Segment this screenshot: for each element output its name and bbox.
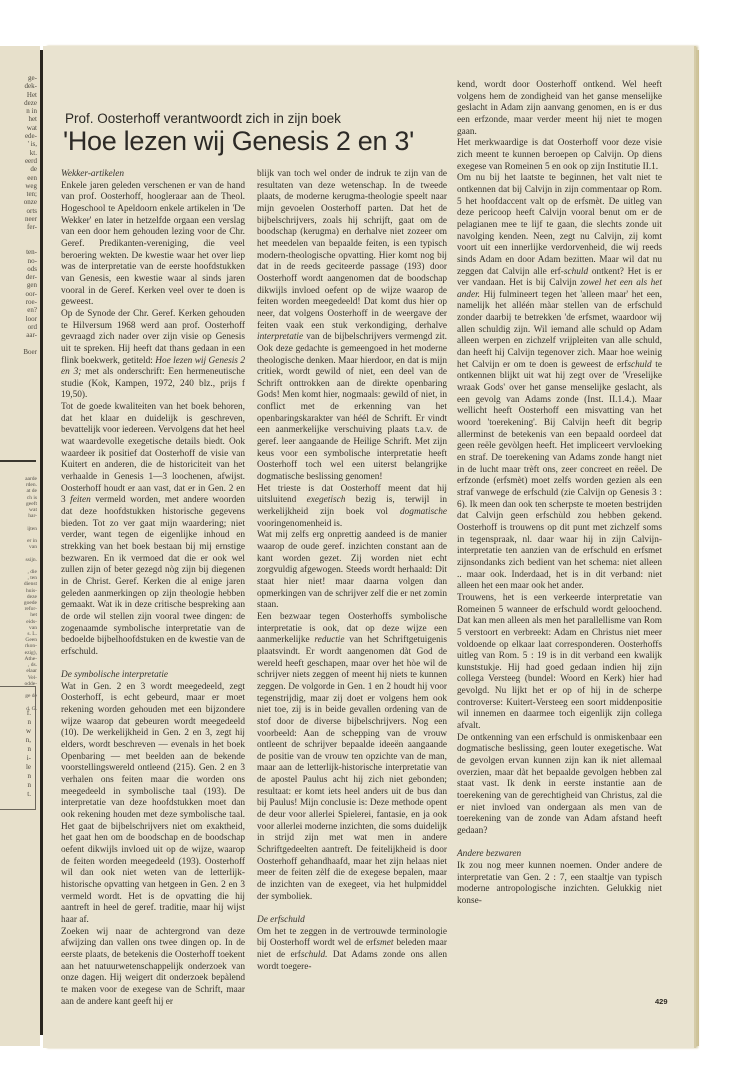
section-heading: De erfschuld	[257, 915, 447, 927]
paragraph: Op de Synode der Chr. Geref. Kerken geho…	[61, 309, 245, 402]
section-heading: De symbolische interpretatie	[61, 670, 245, 682]
paragraph: Wat mij zelfs erg onprettig aandeed is d…	[257, 530, 447, 612]
section-heading: Wekker-artikelen	[61, 169, 245, 181]
paragraph: Zoeken wij naar de achtergrond van deze …	[61, 927, 245, 1009]
paragraph: Een bezwaar tegen Oosterhoffs symbolisch…	[257, 612, 447, 903]
paragraph: Ik zou nog meer kunnen noemen. Onder and…	[457, 861, 662, 908]
page-number: 429	[655, 997, 668, 1006]
paragraph: Om nu bij het laatste te beginnen, het v…	[457, 173, 662, 593]
paragraph: blijk van toch wel onder de indruk te zi…	[257, 169, 447, 484]
magazine-page: Prof. Oosterhoff verantwoordt zich in zi…	[43, 46, 694, 1048]
paragraph: Om het te zeggen in de vertrouwde termin…	[257, 927, 447, 974]
paragraph: Tot de goede kwaliteiten van het boek be…	[61, 402, 245, 658]
adjacent-page-fragment: ge- dek- Het deze n in het wat ede- ' is…	[0, 46, 40, 1046]
section-heading: Andere bezwaren	[457, 849, 662, 861]
paragraph: Wat in Gen. 2 en 3 wordt meegedeeld, zeg…	[61, 682, 245, 927]
article-kicker: Prof. Oosterhoff verantwoordt zich in zi…	[65, 111, 341, 126]
page-edge	[694, 50, 699, 1046]
adjacent-page-text: ge- dek- Het deze n in het wat ede- ' is…	[1, 74, 37, 356]
adjacent-page-boxed-text: f. n w n, n i- le n n t.	[0, 686, 36, 810]
paragraph: kend, wordt door Oosterhoff ontkend. Wel…	[457, 80, 662, 138]
adjacent-page-small-text: aarde rden. at de ch is geeft wat har- i…	[1, 476, 37, 712]
paragraph: Het merkwaardige is dat Oosterhoff voor …	[457, 138, 662, 173]
divider	[0, 460, 36, 462]
paragraph: Enkele jaren geleden verschenen er van d…	[61, 181, 245, 309]
paragraph: Het trieste is dat Oosterhoff meent dat …	[257, 484, 447, 531]
paragraph: De ontkenning van een erfschuld is onmis…	[457, 733, 662, 838]
column-2: blijk van toch wel onder de indruk te zi…	[257, 169, 447, 973]
column-3: kend, wordt door Oosterhoff ontkend. Wel…	[457, 80, 662, 908]
article-headline: 'Hoe lezen wij Genesis 2 en 3'	[63, 126, 414, 157]
paragraph: Trouwens, het is een verkeerde interpret…	[457, 593, 662, 733]
column-1: Wekker-artikelen Enkele jaren geleden ve…	[61, 169, 245, 1008]
